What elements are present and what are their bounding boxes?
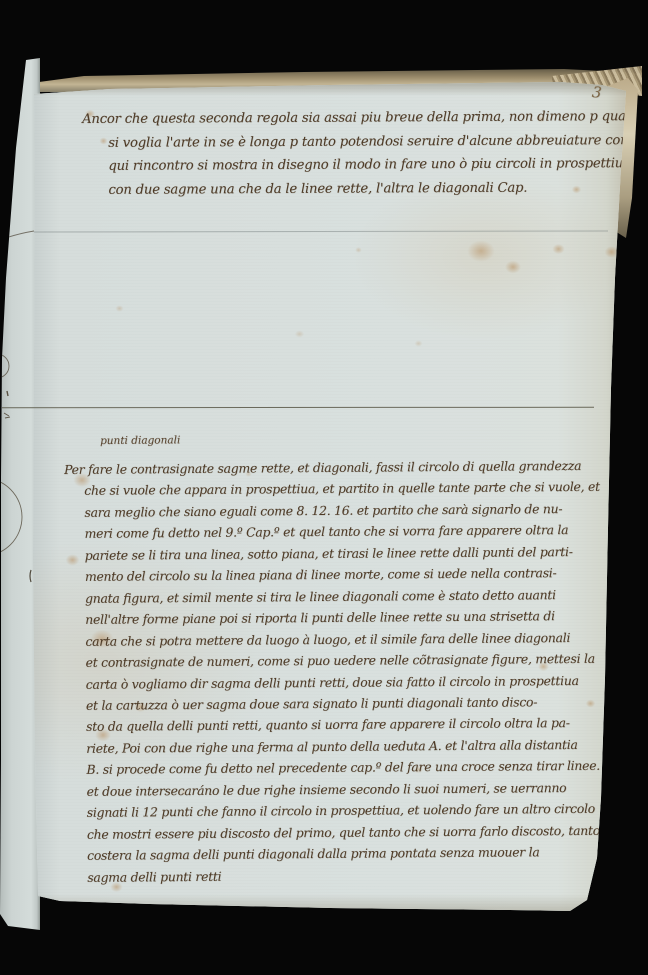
text-line: sagma delli punti retti	[87, 862, 639, 888]
text-line: si voglia l'arte in se è longa p tanto p…	[108, 129, 640, 155]
stain	[293, 329, 306, 339]
photograph-background: Ancor che questa seconda regola sia assa…	[0, 0, 648, 975]
text-line: qui rincontro si mostra in disegno il mo…	[108, 152, 640, 178]
opening-paragraph: Ancor che questa seconda regola sia assa…	[82, 105, 640, 202]
stain	[550, 242, 567, 256]
margin-note: punti diagonali	[100, 434, 180, 447]
manuscript-page: Ancor che questa seconda regola sia assa…	[30, 58, 630, 920]
main-paragraph: Per fare le contrasignate sagme rette, e…	[64, 455, 639, 889]
text-line: che mostri essere piu discosto del primo…	[87, 819, 639, 845]
stain	[502, 258, 524, 276]
text-line: con due sagme una che da le linee rette,…	[108, 176, 640, 202]
text-line: Ancor che questa seconda regola sia assa…	[108, 105, 640, 131]
stain	[462, 236, 500, 266]
stain	[114, 304, 125, 313]
stain	[602, 244, 621, 260]
text-line: carta ò vogliamo dir sagma delli punti r…	[86, 669, 638, 695]
stain	[413, 339, 424, 348]
folio-number: 3	[591, 83, 602, 102]
stain	[354, 246, 363, 254]
bottom-edge-shade	[30, 894, 630, 920]
